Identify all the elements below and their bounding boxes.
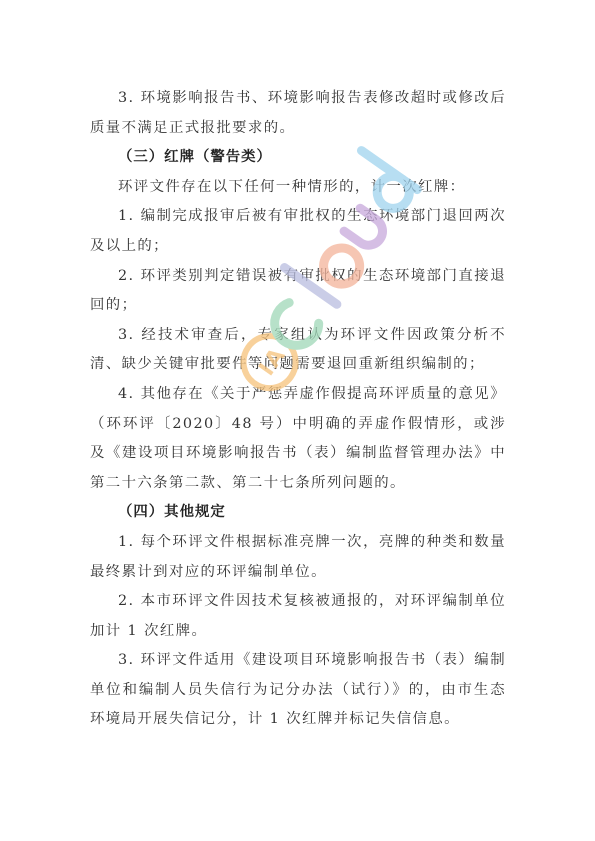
paragraph-item: 2. 本市环评文件因技术复核被通报的，对环评编制单位加计 1 次红牌。	[90, 587, 506, 646]
paragraph-item: 3. 经技术审查后，专家组认为环评文件因政策分析不清、缺少关键审批要件等问题需要…	[90, 321, 506, 380]
section-heading-red-card: （三）红牌（警告类）	[90, 143, 506, 173]
section-heading-other-rules: （四）其他规定	[90, 498, 506, 528]
paragraph-intro: 环评文件存在以下任何一种情形的，计一次红牌：	[90, 173, 506, 203]
paragraph-item: 4. 其他存在《关于严惩弄虚作假提高环评质量的意见》（环环评〔2020〕48 号…	[90, 380, 506, 498]
paragraph-item: 3. 环评文件适用《建设项目环境影响报告书（表）编制单位和编制人员失信行为记分办…	[90, 646, 506, 735]
paragraph-item: 3. 环境影响报告书、环境影响报告表修改超时或修改后质量不满足正式报批要求的。	[90, 84, 506, 143]
document-body: 3. 环境影响报告书、环境影响报告表修改超时或修改后质量不满足正式报批要求的。 …	[90, 84, 506, 735]
paragraph-item: 1. 每个环评文件根据标准亮牌一次，亮牌的种类和数量最终累计到对应的环评编制单位…	[90, 528, 506, 587]
paragraph-item: 2. 环评类别判定错误被有审批权的生态环境部门直接退回的；	[90, 262, 506, 321]
document-page: 3. 环境影响报告书、环境影响报告表修改超时或修改后质量不满足正式报批要求的。 …	[0, 0, 595, 841]
paragraph-item: 1. 编制完成报审后被有审批权的生态环境部门退回两次及以上的；	[90, 202, 506, 261]
